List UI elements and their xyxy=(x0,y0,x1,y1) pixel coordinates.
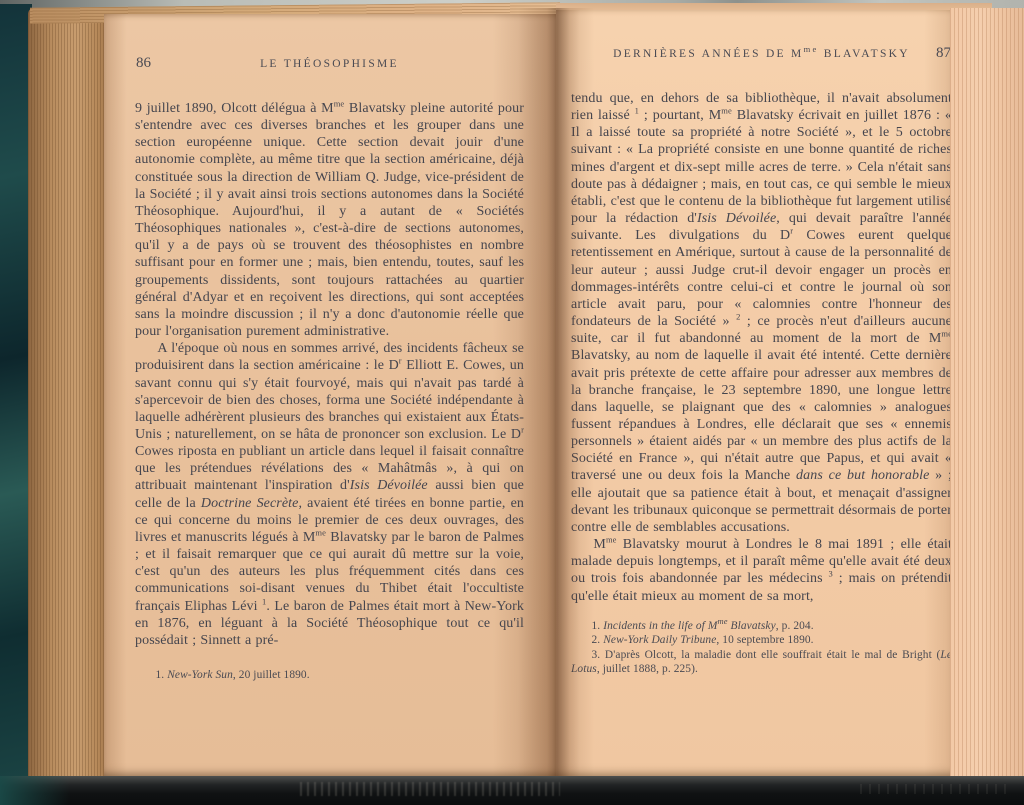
running-title-right: DERNIÈRES ANNÉES DE Mme BLAVATSKY xyxy=(571,48,952,60)
book-spread-photo: 86 LE THÉOSOPHISME 9 juillet 1890, Olcot… xyxy=(0,0,1024,805)
page-bottom-edge-texture xyxy=(300,782,560,796)
page-stack-fore-edge-right xyxy=(950,8,1024,776)
running-title-left: LE THÉOSOPHISME xyxy=(135,58,524,70)
running-head-left: 86 LE THÉOSOPHISME xyxy=(135,58,524,78)
footnotes-right: 1. Incidents in the life of Mme Blavatsk… xyxy=(571,619,952,677)
footnotes-left: 1. New-York Sun, 20 juillet 1890. xyxy=(135,668,524,683)
table-surface-bottom xyxy=(0,776,1024,805)
page-left-86: 86 LE THÉOSOPHISME 9 juillet 1890, Olcot… xyxy=(104,14,556,776)
book-cover-bottom-corner xyxy=(0,776,70,805)
page-body-right: tendu que, en dehors de sa bibliothèque,… xyxy=(571,90,952,605)
running-head-right: DERNIÈRES ANNÉES DE Mme BLAVATSKY 87 xyxy=(571,48,952,68)
page-stack-fore-edge-left xyxy=(28,8,106,776)
page-number-right: 87 xyxy=(936,45,951,62)
page-bottom-edge-texture-right xyxy=(860,784,1010,794)
page-body-left: 9 juillet 1890, Olcott délégua à Mme Bla… xyxy=(135,100,524,649)
page-right-87: DERNIÈRES ANNÉES DE Mme BLAVATSKY 87 ten… xyxy=(556,10,952,776)
